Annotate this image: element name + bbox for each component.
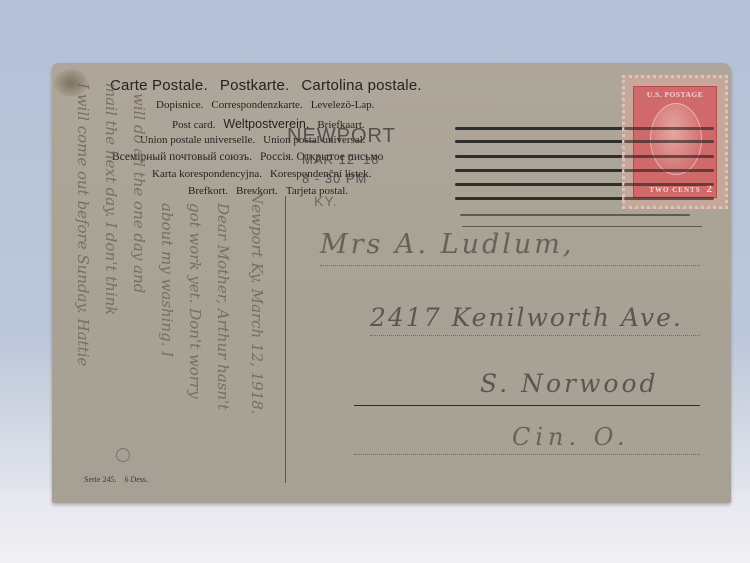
address-line [462, 226, 702, 227]
cancel-line [624, 155, 714, 158]
cancel-line [455, 155, 637, 158]
message-line: Newport Ky. March 12, 1918. [248, 191, 266, 415]
postmark-city: NEWPORT [287, 125, 396, 148]
address-line [370, 335, 700, 336]
publisher-logo-icon [116, 448, 130, 462]
address-line [320, 265, 700, 266]
stamp-cancellation [624, 121, 724, 231]
address-line [354, 454, 700, 455]
recipient-street: 2417 Kenilworth Ave. [370, 303, 683, 332]
message-line: I will come out before Sunday. Hattie [74, 83, 92, 366]
cancel-line [455, 169, 638, 172]
divider-line [285, 196, 286, 483]
recipient-neighborhood: S. Norwood [480, 369, 659, 398]
publisher-imprint: Serie 245.6 Dess. [84, 475, 156, 484]
postmark-state: KY. [314, 193, 338, 209]
message-line: Dear Mother, Arthur hasn't [214, 203, 232, 410]
cancel-line [624, 140, 714, 143]
message-line: will do all the one day and [130, 93, 148, 293]
cancel-line [455, 197, 637, 200]
recipient-city: Cin. O. [512, 423, 630, 451]
message-line: got work yet. Don't worry [186, 203, 204, 399]
cancel-line [624, 127, 714, 130]
message-line: mail the next day. I don't think [102, 83, 120, 315]
postmark-date: MAR 12 '18 [302, 152, 380, 167]
cancel-line [624, 197, 714, 200]
cancel-line [455, 127, 635, 130]
cancel-line [624, 183, 714, 186]
postcard: Carte Postale.Postkarte.Cartolina postal… [52, 63, 731, 503]
address-line [354, 405, 700, 406]
cancel-line [624, 169, 714, 172]
recipient-name: Mrs A. Ludlum, [320, 229, 574, 260]
header-line-1: Carte Postale.Postkarte.Cartolina postal… [110, 77, 434, 94]
cancel-line [455, 183, 637, 186]
message-line: about my washing. I [158, 203, 176, 357]
cancel-line [455, 140, 637, 143]
header-line-2: Dopisnice.Correspondenzkarte.Levelezö-La… [156, 99, 383, 111]
postmark-time: 8 - 30 PM [302, 171, 367, 186]
